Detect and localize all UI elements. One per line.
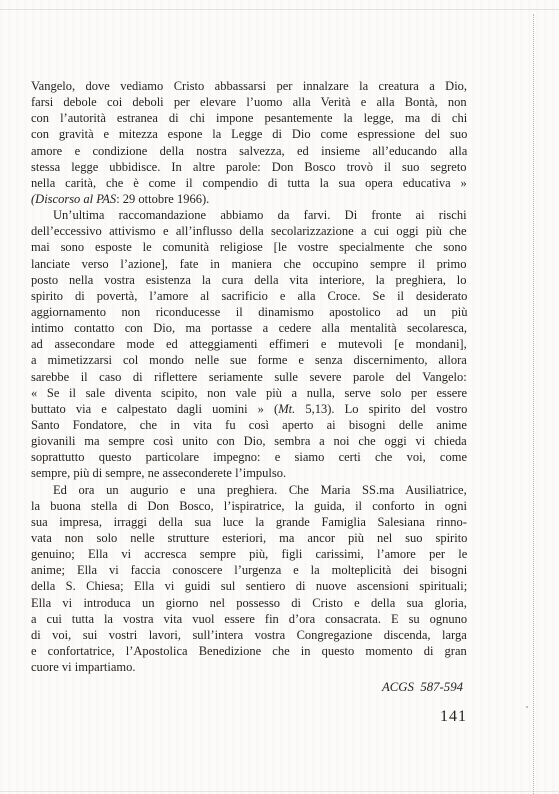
text-line: Ella vi introduca un giorno nel possesso… bbox=[31, 595, 467, 611]
text-line: (Discorso al PAS: 29 ottobre 1966). bbox=[31, 191, 467, 207]
text-line: a cui tutta la vostra vita vuol essere f… bbox=[31, 611, 467, 627]
scan-artifact-top-edge bbox=[0, 9, 559, 10]
text-line: vata non solo nelle strutture esteriori,… bbox=[31, 530, 467, 546]
paragraph: Vangelo, dove vediamo Cristo abbassarsi … bbox=[31, 78, 467, 207]
text-line: e confortatrice, l’Apostolica Benedizion… bbox=[31, 643, 467, 659]
text-line: sempre, più di sempre, ne asseconderete … bbox=[31, 465, 467, 481]
text-line: Un’ultima raccomandazione abbiamo da far… bbox=[31, 207, 467, 223]
text-line: Vangelo, dove vediamo Cristo abbassarsi … bbox=[31, 78, 467, 94]
paragraph: Un’ultima raccomandazione abbiamo da far… bbox=[31, 207, 467, 481]
text-line: genuino; Ella vi accresca sempre più, fi… bbox=[31, 546, 467, 562]
scan-artifact-right-dotted-line bbox=[533, 14, 534, 794]
text-line: stessa legge ubbidisce. In altre parole:… bbox=[31, 159, 467, 175]
page-number: 141 bbox=[440, 708, 467, 726]
text-line: farsi debole coi deboli per elevare l’uo… bbox=[31, 94, 467, 110]
text-line: Ed ora un augurio e una preghiera. Che M… bbox=[31, 482, 467, 498]
scanned-book-page: { "page": { "colors": { "paper": "#fcfbf… bbox=[0, 0, 559, 794]
text-line: ad assecondare mode ed atteggiamenti eff… bbox=[31, 336, 467, 352]
text-line: « Se il sale diventa scipito, non vale p… bbox=[31, 385, 467, 401]
text-line: amore e condizione della nostra salvezza… bbox=[31, 143, 467, 159]
text-line: Santo Fondatore, che in vita fu così ape… bbox=[31, 417, 467, 433]
text-line: anime; Ella vi faccia conoscere l’urgenz… bbox=[31, 562, 467, 578]
text-line: cuore vi impartiamo. bbox=[31, 659, 467, 675]
scan-artifact-bottom-edge bbox=[0, 791, 559, 792]
text-line: posto nella vostra esistenza la cura del… bbox=[31, 272, 467, 288]
source-reference: ACGS 587-594 bbox=[382, 680, 463, 695]
paragraph: Ed ora un augurio e una preghiera. Che M… bbox=[31, 482, 467, 676]
text-line: della S. Chiesa; Ella vi guidi sul senti… bbox=[31, 578, 467, 594]
text-line: mai sono esposte le comunità religiose [… bbox=[31, 239, 467, 255]
text-line: a mimetizzarsi col mondo nelle sue forme… bbox=[31, 352, 467, 368]
text-line: dell’eccessivo attivismo e all’influsso … bbox=[31, 223, 467, 239]
text-line: sua impresa, irraggi della sua luce la g… bbox=[31, 514, 467, 530]
text-line: aggiornamento non riconducesse il dinami… bbox=[31, 304, 467, 320]
text-line: lanciate verso l’azione], fate in manier… bbox=[31, 256, 467, 272]
text-line: giovanili ma sempre così unito con Dio, … bbox=[31, 433, 467, 449]
text-line: intimo contatto con Dio, ma portasse a c… bbox=[31, 320, 467, 336]
text-line: con l’autorità estranea di chi impone pe… bbox=[31, 110, 467, 126]
text-line: di voi, sui vostri lavori, sull’intera v… bbox=[31, 627, 467, 643]
scan-artifact-speck bbox=[526, 706, 528, 708]
text-line: la buona stella di Don Bosco, l’ispiratr… bbox=[31, 498, 467, 514]
text-line: buttato via e calpestato dagli uomini » … bbox=[31, 401, 467, 417]
text-line: soprattutto questo particolare impegno: … bbox=[31, 449, 467, 465]
text-block: Vangelo, dove vediamo Cristo abbassarsi … bbox=[31, 78, 467, 675]
text-line: con gravità e mitezza espone la Legge di… bbox=[31, 126, 467, 142]
text-line: sarebbe il caso di riflettere seriamente… bbox=[31, 369, 467, 385]
text-line: nella carità, che è come il compendio di… bbox=[31, 175, 467, 191]
text-line: spirito di povertà, l’amore al sacrifici… bbox=[31, 288, 467, 304]
